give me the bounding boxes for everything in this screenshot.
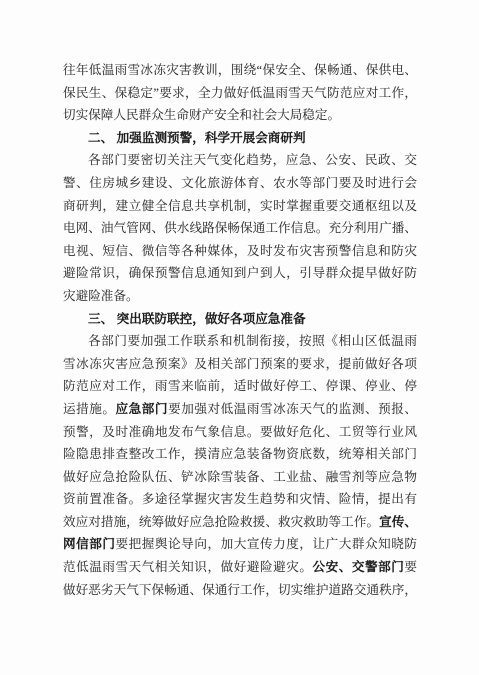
- body-line: 资前置准备。多途径掌握灾害发生趋势和灾情、险情，提出有: [63, 488, 417, 511]
- body-line: 运措施。应急部门要加强对低温雨雪冰冻天气的监测、预报、: [63, 398, 417, 421]
- body-line: 保民生、保稳定”要求，全力做好低温雨雪天气防范应对工作，: [63, 82, 417, 105]
- document-body: 往年低温雨雪冰冻灾害教训，围绕“保安全、保畅通、保供电、 保民生、保稳定”要求，…: [63, 59, 417, 601]
- text-run: 要把握舆论导向，加大宣传力度，让广大群众知晓防: [116, 537, 417, 551]
- body-line: 电视、短信、微信等各种媒体，及时发布灾害预警信息和防灾: [63, 240, 417, 263]
- text-run: 预警，及时准确地发布气象信息。要做好危化、工贸等行业风: [63, 425, 417, 439]
- body-line: 商研判，建立健全信息共享机制，实时掌握重要交通枢纽以及: [63, 195, 417, 218]
- text-run: 效应对措施，统筹做好应急抢险救援、救灾救助等工作。: [63, 515, 379, 529]
- body-line: 做好应急抢险队伍、铲冰除雪装备、工业盐、融雪剂等应急物: [63, 466, 417, 489]
- text-run: 资前置准备。多途径掌握灾害发生趋势和灾情、险情，提出有: [63, 492, 417, 506]
- section-heading-2: 二、 加强监测预警，科学开展会商研判: [63, 127, 417, 150]
- body-line: 往年低温雨雪冰冻灾害教训，围绕“保安全、保畅通、保供电、: [63, 59, 417, 82]
- text-run: 灾避险准备。: [63, 289, 139, 303]
- body-line: 效应对措施，统筹做好应急抢险救援、救灾救助等工作。宣传、: [63, 511, 417, 534]
- text-run: 运措施。: [63, 402, 116, 416]
- body-line: 避险常识，确保预警信息通知到户到人，引导群众提早做好防: [63, 262, 417, 285]
- text-run: 范低温雨雪天气相关知识，做好避险避灾。: [63, 560, 313, 574]
- body-line: 范低温雨雪天气相关知识，做好避险避灾。公安、交警部门要: [63, 556, 417, 579]
- body-line: 做好恶劣天气下保畅通、保通行工作，切实维护道路交通秩序，: [63, 579, 417, 602]
- body-line: 电网、油气管网、供水线路保畅保通工作信息。充分利用广播、: [63, 217, 417, 240]
- bold-run: 网信部门: [63, 537, 116, 551]
- text-run: 电视、短信、微信等各种媒体，及时发布灾害预警信息和防灾: [63, 244, 417, 258]
- bold-run: 宣传、: [379, 515, 417, 529]
- body-line: 各部门要密切关注天气变化趋势，应急、公安、民政、交: [63, 149, 417, 172]
- section-heading-3: 三、 突出联防联控，做好各项应急准备: [63, 308, 417, 331]
- text-run: 各部门要密切关注天气变化趋势，应急、公安、民政、交: [88, 153, 417, 167]
- body-line: 警、住房城乡建设、文化旅游体育、农水等部门要及时进行会: [63, 172, 417, 195]
- text-run: 电网、油气管网、供水线路保畅保通工作信息。充分利用广播、: [63, 221, 417, 235]
- text-run: 警、住房城乡建设、文化旅游体育、农水等部门要及时进行会: [63, 176, 417, 190]
- text-run: 切实保障人民群众生命财产安全和社会大局稳定。: [63, 108, 340, 122]
- text-run: 要加强对低温雨雪冰冻天气的监测、预报、: [168, 402, 417, 416]
- text-run: 商研判，建立健全信息共享机制，实时掌握重要交通枢纽以及: [63, 199, 417, 213]
- heading-text: 二、 加强监测预警，科学开展会商研判: [88, 131, 306, 145]
- body-line: 切实保障人民群众生命财产安全和社会大局稳定。: [63, 104, 417, 127]
- text-run: 做好恶劣天气下保畅通、保通行工作，切实维护道路交通秩序，: [63, 583, 417, 597]
- text-run: 雪冰冻灾害应急预案》及相关部门预案的要求，提前做好各项: [63, 357, 417, 371]
- body-line: 雪冰冻灾害应急预案》及相关部门预案的要求，提前做好各项: [63, 353, 417, 376]
- body-line: 各部门要加强工作联系和机制衔接，按照《相山区低温雨: [63, 330, 417, 353]
- body-line: 险隐患排查整改工作，摸清应急装备物资底数，统筹相关部门: [63, 443, 417, 466]
- body-line: 防范应对工作，雨雪来临前，适时做好停工、停课、停业、停: [63, 375, 417, 398]
- document-page: 往年低温雨雪冰冻灾害教训，围绕“保安全、保畅通、保供电、 保民生、保稳定”要求，…: [0, 0, 479, 675]
- bold-run: 应急部门: [116, 402, 169, 416]
- text-run: 做好应急抢险队伍、铲冰除雪装备、工业盐、融雪剂等应急物: [63, 470, 417, 484]
- text-run: 要: [404, 560, 417, 574]
- body-line: 网信部门要把握舆论导向，加大宣传力度，让广大群众知晓防: [63, 533, 417, 556]
- text-run: 保民生、保稳定”要求，全力做好低温雨雪天气防范应对工作，: [63, 86, 417, 100]
- bold-run: 公安、交警部门: [313, 560, 405, 574]
- text-run: 险隐患排查整改工作，摸清应急装备物资底数，统筹相关部门: [63, 447, 417, 461]
- text-run: 各部门要加强工作联系和机制衔接，按照《相山区低温雨: [88, 334, 417, 348]
- text-run: 防范应对工作，雨雪来临前，适时做好停工、停课、停业、停: [63, 379, 417, 393]
- body-line: 预警，及时准确地发布气象信息。要做好危化、工贸等行业风: [63, 421, 417, 444]
- heading-text: 三、 突出联防联控，做好各项应急准备: [88, 312, 306, 326]
- text-run: 往年低温雨雪冰冻灾害教训，围绕“保安全、保畅通、保供电、: [63, 63, 417, 77]
- body-line: 灾避险准备。: [63, 285, 417, 308]
- text-run: 避险常识，确保预警信息通知到户到人，引导群众提早做好防: [63, 266, 417, 280]
